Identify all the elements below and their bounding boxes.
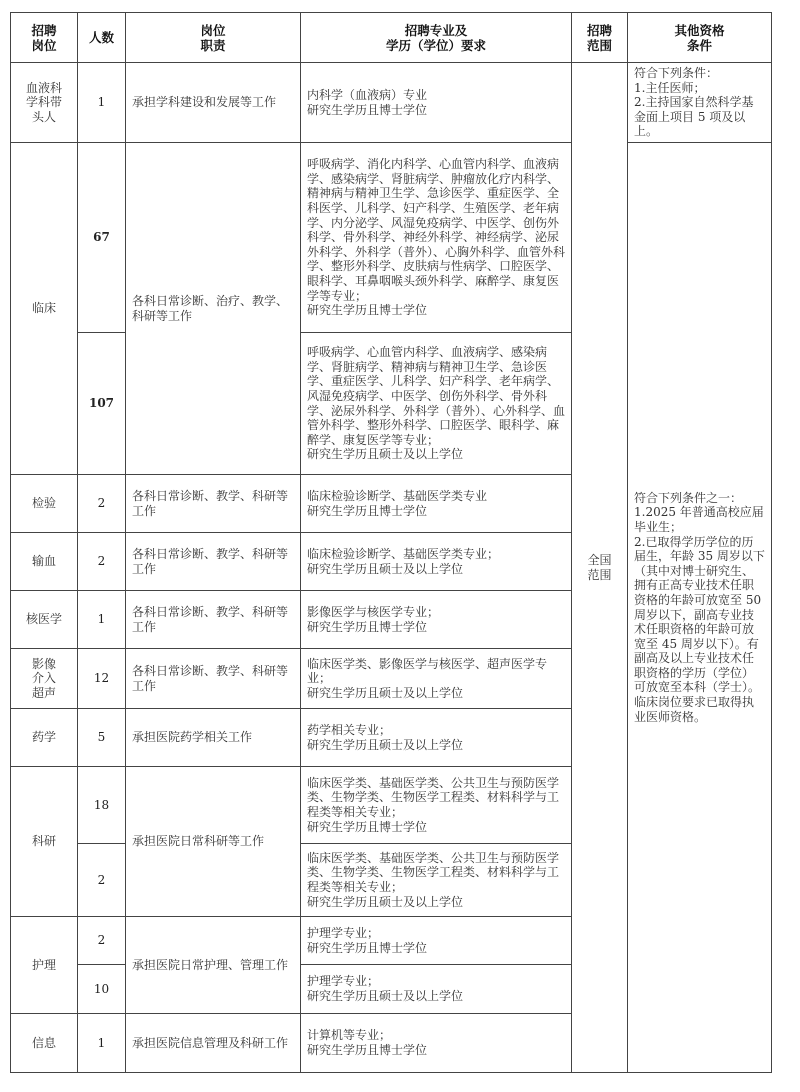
requirement-cell: 呼吸病学、心血管内科学、血液病学、感染病学、肾脏病学、精神病与精神卫生学、急诊医…: [301, 333, 572, 475]
duty-cell: 承担医院日常科研等工作: [126, 767, 301, 917]
header-requirement: 招聘专业及 学历（学位）要求: [301, 13, 572, 63]
count-cell: 1: [78, 591, 126, 649]
position-cell: 护理: [11, 917, 78, 1014]
position-cell: 影像 介入 超声: [11, 649, 78, 709]
duty-cell: 各科日常诊断、教学、科研等工作: [126, 649, 301, 709]
requirement-cell: 呼吸病学、消化内科学、心血管内科学、血液病学、感染病学、肾脏病学、肿瘤放化疗内科…: [301, 143, 572, 333]
header-duty: 岗位 职责: [126, 13, 301, 63]
duty-cell: 各科日常诊断、教学、科研等工作: [126, 475, 301, 533]
position-cell: 血液科 学科带 头人: [11, 63, 78, 143]
position-cell: 检验: [11, 475, 78, 533]
count-cell: 2: [78, 475, 126, 533]
count-cell: 12: [78, 649, 126, 709]
duty-cell: 承担医院药学相关工作: [126, 709, 301, 767]
duty-cell: 承担医院信息管理及科研工作: [126, 1014, 301, 1073]
duty-cell: 承担医院日常护理、管理工作: [126, 917, 301, 1014]
requirement-cell: 临床医学类、基础医学类、公共卫生与预防医学类、生物学类、生物医学工程类、材料科学…: [301, 767, 572, 844]
count-cell: 10: [78, 965, 126, 1014]
count-cell: 2: [78, 844, 126, 917]
duty-cell: 各科日常诊断、治疗、教学、科研等工作: [126, 143, 301, 475]
scope-cell: 全国 范围: [572, 63, 628, 1073]
requirement-cell: 护理学专业； 研究生学历且博士学位: [301, 917, 572, 965]
requirement-cell: 临床检验诊断学、基础医学类专业； 研究生学历且硕士及以上学位: [301, 533, 572, 591]
position-cell: 输血: [11, 533, 78, 591]
duty-cell: 承担学科建设和发展等工作: [126, 63, 301, 143]
duty-cell: 各科日常诊断、教学、科研等工作: [126, 591, 301, 649]
position-cell: 核医学: [11, 591, 78, 649]
requirement-cell: 临床检验诊断学、基础医学类专业 研究生学历且博士学位: [301, 475, 572, 533]
count-cell: 5: [78, 709, 126, 767]
requirement-cell: 临床医学类、基础医学类、公共卫生与预防医学类、生物学类、生物医学工程类、材料科学…: [301, 844, 572, 917]
recruitment-table: 招聘 岗位 人数 岗位 职责 招聘专业及 学历（学位）要求 招聘 范围 其他资格…: [10, 12, 772, 1073]
table-row: 临床 67 各科日常诊断、治疗、教学、科研等工作 呼吸病学、消化内科学、心血管内…: [11, 143, 772, 333]
other-common-cell: 符合下列条件之一： 1.2025 年普通高校应届毕业生； 2.已取得学历学位的历…: [628, 143, 772, 1073]
duty-cell: 各科日常诊断、教学、科研等工作: [126, 533, 301, 591]
header-count: 人数: [78, 13, 126, 63]
header-row: 招聘 岗位 人数 岗位 职责 招聘专业及 学历（学位）要求 招聘 范围 其他资格…: [11, 13, 772, 63]
requirement-cell: 药学相关专业； 研究生学历且硕士及以上学位: [301, 709, 572, 767]
header-position: 招聘 岗位: [11, 13, 78, 63]
count-cell: 67: [78, 143, 126, 333]
count-cell: 107: [78, 333, 126, 475]
requirement-cell: 内科学（血液病）专业 研究生学历且博士学位: [301, 63, 572, 143]
position-cell: 药学: [11, 709, 78, 767]
requirement-cell: 影像医学与核医学专业； 研究生学历且博士学位: [301, 591, 572, 649]
other-cell: 符合下列条件： 1.主任医师； 2.主持国家自然科学基金面上项目 5 项及以上。: [628, 63, 772, 143]
position-cell: 信息: [11, 1014, 78, 1073]
count-cell: 18: [78, 767, 126, 844]
position-cell: 科研: [11, 767, 78, 917]
position-cell: 临床: [11, 143, 78, 475]
requirement-cell: 临床医学类、影像医学与核医学、超声医学专业； 研究生学历且硕士及以上学位: [301, 649, 572, 709]
header-other: 其他资格 条件: [628, 13, 772, 63]
count-cell: 2: [78, 917, 126, 965]
count-cell: 1: [78, 1014, 126, 1073]
count-cell: 2: [78, 533, 126, 591]
table-row: 血液科 学科带 头人 1 承担学科建设和发展等工作 内科学（血液病）专业 研究生…: [11, 63, 772, 143]
header-scope: 招聘 范围: [572, 13, 628, 63]
requirement-cell: 计算机等专业； 研究生学历且博士学位: [301, 1014, 572, 1073]
requirement-cell: 护理学专业； 研究生学历且硕士及以上学位: [301, 965, 572, 1014]
count-cell: 1: [78, 63, 126, 143]
